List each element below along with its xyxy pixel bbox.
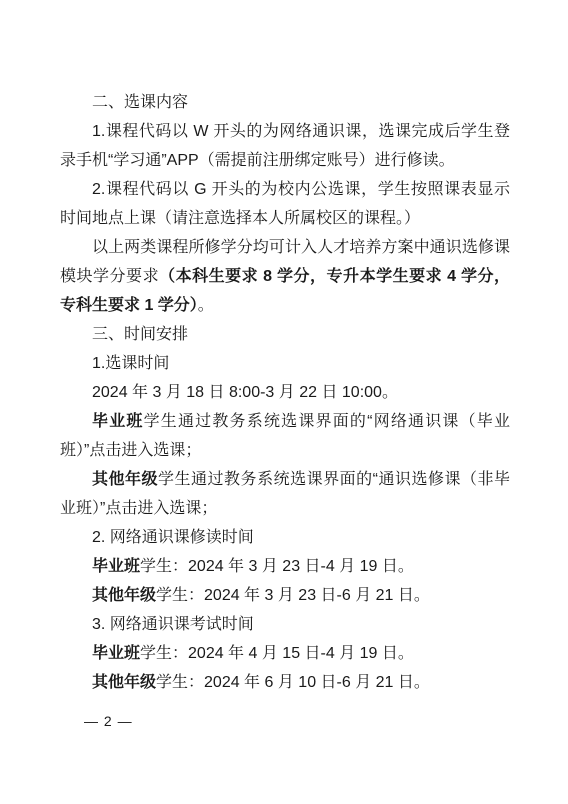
text-run: 。	[198, 297, 214, 314]
paragraph: 1.课程代码以 W 开头的为网络通识课，选课完成后学生登录手机“学习通”APP（…	[60, 117, 510, 175]
text-run: 2. 网络通识课修读时间	[92, 529, 254, 546]
text-run: 1.课程代码以 W 开头的为网络通识课，选课完成后学生登录手机“学习通”APP（…	[60, 123, 510, 169]
paragraph: 毕业班学生：2024 年 3 月 23 日-4 月 19 日。	[60, 552, 510, 581]
text-run: 学生：2024 年 3 月 23 日-4 月 19 日。	[140, 558, 414, 575]
paragraph: 1.选课时间	[60, 349, 510, 378]
document-page: { "document": { "paragraphs": [ { "runs"…	[0, 0, 568, 804]
paragraph: 其他年级学生通过教务系统选课界面的“通识选修课（非毕业班）”点击进入选课；	[60, 465, 510, 523]
text-run: 学生：2024 年 6 月 10 日-6 月 21 日。	[156, 674, 430, 691]
text-run: 二、选课内容	[92, 94, 188, 111]
paragraph: 二、选课内容	[60, 88, 510, 117]
paragraph: 3. 网络通识课考试时间	[60, 610, 510, 639]
text-run-bold: 其他年级	[92, 471, 158, 488]
text-run: 3. 网络通识课考试时间	[92, 616, 254, 633]
text-run-bold: 毕业班	[92, 645, 140, 662]
text-run-bold: 毕业班	[92, 413, 144, 430]
paragraph: 毕业班学生通过教务系统选课界面的“网络通识课（毕业班）”点击进入选课；	[60, 407, 510, 465]
paragraph: 2.课程代码以 G 开头的为校内公选课，学生按照课表显示时间地点上课（请注意选择…	[60, 175, 510, 233]
paragraph: 以上两类课程所修学分均可计入人才培养方案中通识选修课模块学分要求（本科生要求 8…	[60, 233, 510, 320]
text-run-bold: 其他年级	[92, 674, 156, 691]
paragraph: 2024 年 3 月 18 日 8:00-3 月 22 日 10:00。	[60, 378, 510, 407]
paragraph: 毕业班学生：2024 年 4 月 15 日-4 月 19 日。	[60, 639, 510, 668]
paragraph: 2. 网络通识课修读时间	[60, 523, 510, 552]
text-run: 2024 年 3 月 18 日 8:00-3 月 22 日 10:00。	[92, 384, 398, 401]
text-run: 三、时间安排	[92, 326, 188, 343]
text-run: 2.课程代码以 G 开头的为校内公选课，学生按照课表显示时间地点上课（请注意选择…	[60, 181, 510, 227]
document-body: 二、选课内容1.课程代码以 W 开头的为网络通识课，选课完成后学生登录手机“学习…	[60, 88, 510, 697]
text-run: 1.选课时间	[92, 355, 169, 372]
paragraph: 其他年级学生：2024 年 3 月 23 日-6 月 21 日。	[60, 581, 510, 610]
text-run-bold: 其他年级	[92, 587, 156, 604]
paragraph: 其他年级学生：2024 年 6 月 10 日-6 月 21 日。	[60, 668, 510, 697]
paragraph: 三、时间安排	[60, 320, 510, 349]
page-number: — 2 —	[84, 711, 133, 731]
text-run: 学生：2024 年 4 月 15 日-4 月 19 日。	[140, 645, 414, 662]
text-run: 学生：2024 年 3 月 23 日-6 月 21 日。	[156, 587, 430, 604]
text-run-bold: 毕业班	[92, 558, 140, 575]
